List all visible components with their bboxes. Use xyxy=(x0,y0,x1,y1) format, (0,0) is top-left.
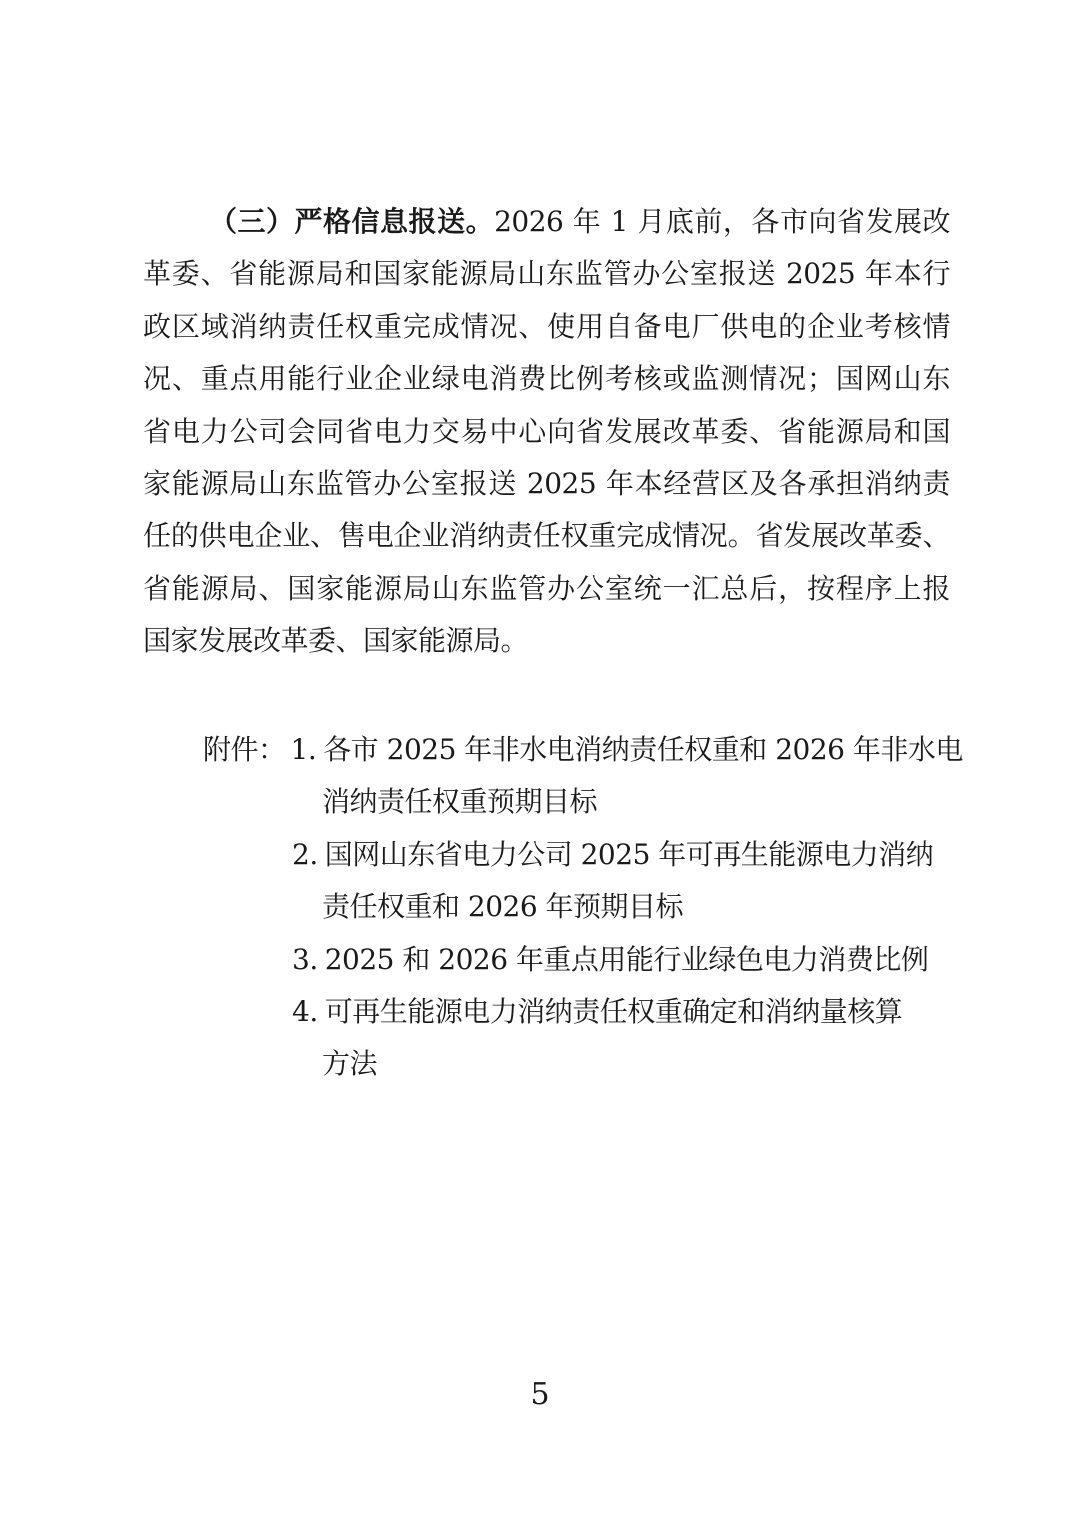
section-heading: （三）严格信息报送。 xyxy=(209,205,494,238)
paragraph-line: 省能源局、国家能源局山东监管办公室统一汇总后，按程序上报 xyxy=(143,563,950,615)
attachment-item-text: 各市 2025 年非水电消纳责任权重和 2026 年非水电 xyxy=(323,733,963,766)
body-paragraph: （三）严格信息报送。2026 年 1 月底前，各市向省发展改 革委、省能源局和国… xyxy=(143,196,950,668)
attachment-item-continuation: 方法 xyxy=(0,1038,1080,1090)
attachments-block: 附件：1.各市 2025 年非水电消纳责任权重和 2026 年非水电 消纳责任权… xyxy=(0,724,1080,1091)
attachment-item-continuation: 消纳责任权重预期目标 xyxy=(0,776,1080,828)
attachment-item: 4.可再生能源电力消纳责任权重确定和消纳量核算 xyxy=(0,986,1080,1038)
attachment-item-number: 3. xyxy=(292,934,318,986)
attachment-item: 附件：1.各市 2025 年非水电消纳责任权重和 2026 年非水电 xyxy=(0,724,1080,776)
paragraph-line: 革委、省能源局和国家能源局山东监管办公室报送 2025 年本行 xyxy=(143,248,950,300)
attachment-item-text: 可再生能源电力消纳责任权重确定和消纳量核算 xyxy=(325,995,903,1028)
paragraph-line: 家能源局山东监管办公室报送 2025 年本经营区及各承担消纳责 xyxy=(143,458,950,510)
attachment-item-continuation: 责任权重和 2026 年预期目标 xyxy=(0,881,1080,933)
attachment-item: 3.2025 和 2026 年重点用能行业绿色电力消费比例 xyxy=(0,934,1080,986)
attachment-item-number: 2. xyxy=(292,829,318,881)
paragraph-line: 国家发展改革委、国家能源局。 xyxy=(143,615,950,667)
attachment-item-number: 4. xyxy=(292,986,318,1038)
page-number: 5 xyxy=(0,1369,1080,1421)
paragraph-line: 政区域消纳责任权重完成情况、使用自备电厂供电的企业考核情 xyxy=(143,301,950,353)
attachment-item-text: 2025 和 2026 年重点用能行业绿色电力消费比例 xyxy=(325,943,929,976)
attachment-item: 2.国网山东省电力公司 2025 年可再生能源电力消纳 xyxy=(0,829,1080,881)
paragraph-line: 省电力公司会同省电力交易中心向省发展改革委、省能源局和国 xyxy=(143,406,950,458)
paragraph-line: 况、重点用能行业企业绿电消费比例考核或监测情况；国网山东 xyxy=(143,353,950,405)
paragraph-line-text: 2026 年 1 月底前，各市向省发展改 xyxy=(494,205,950,238)
attachments-label: 附件： xyxy=(203,724,286,776)
attachment-item-text: 国网山东省电力公司 2025 年可再生能源电力消纳 xyxy=(325,838,934,871)
attachment-item-number: 1. xyxy=(291,724,317,776)
document-page: （三）严格信息报送。2026 年 1 月底前，各市向省发展改 革委、省能源局和国… xyxy=(0,0,1080,1527)
paragraph-line: 任的供电企业、售电企业消纳责任权重完成情况。省发展改革委、 xyxy=(143,510,950,562)
paragraph-line: （三）严格信息报送。2026 年 1 月底前，各市向省发展改 xyxy=(143,196,950,248)
